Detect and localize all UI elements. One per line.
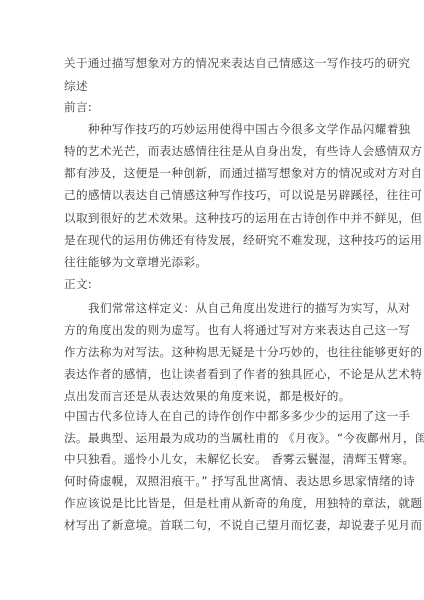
body-para2-line: 何时倚虚幌，双照泪痕干。” 抒写乱世离情、表达思乡思家情绪的诗	[64, 474, 360, 488]
document-title-line-2: 综述	[64, 79, 360, 93]
preface-line: 己的感情以表达自己情感这种写作技巧，可以说是另辟蹊径，往往可	[64, 188, 360, 202]
preface-heading: 前言:	[64, 100, 360, 114]
body-para2-line: 法。最典型、运用最为成功的当属杜甫的 《月夜》。“今夜鄜州月，闺	[64, 431, 360, 445]
document-page: 关于通过描写想象对方的情况来表达自己情感这一写作技巧的研究 综述 前言: 种种写…	[0, 0, 424, 600]
body-para1-line: 点出发而言还是从表达效果的角度来说，都是极好的。	[64, 389, 360, 403]
body-para1-line: 作方法称为对写法。这种构思无疑是十分巧妙的，也往往能够更好的	[64, 345, 360, 359]
preface-line: 种种写作技巧的巧妙运用使得中国古今很多文学作品闪耀着独	[88, 122, 360, 136]
body-para2-line: 中只独看。遥怜小儿女，未解忆长安。 香雾云鬟湿，清辉玉臂寒。	[64, 452, 360, 466]
body-para1-line: 表达作者的感情，也让读者看到了作者的独具匠心，不论是从艺术特	[64, 367, 360, 381]
preface-line: 是在现代的运用仿佛还有待发展，经研究不难发现，这种技巧的运用	[64, 233, 360, 247]
preface-line: 都有涉及，这便是一种创新，而通过描写想象对方的情况或对方对自	[64, 166, 360, 180]
body-heading: 正文:	[64, 277, 360, 291]
body-para2-line: 作应该说是比比皆是，但是杜甫从新奇的角度，用独特的章法，就题	[64, 496, 360, 510]
body-para2-line: 中国古代多位诗人在自己的诗作创作中都多多少少的运用了这一手	[64, 409, 360, 423]
body-para1-line: 我们常常这样定义：从自己角度出发进行的描写为实写，从对	[88, 301, 360, 315]
document-title-line-1: 关于通过描写想象对方的情况来表达自己情感这一写作技巧的研究	[64, 56, 360, 70]
preface-line: 特的艺术光芒，而表达感情往往是从自身出发，有些诗人会感情双方	[64, 144, 360, 158]
preface-line: 往往能够为文章增光添彩。	[64, 255, 360, 269]
body-para1-line: 方的角度出发的则为虚写。也有人将通过写对方来表达自己这一写	[64, 323, 360, 337]
body-para2-line: 材写出了新意境。首联二句，不说自己望月而忆妻，却说妻子见月而	[64, 518, 360, 532]
preface-line: 以取到很好的艺术效果。这种技巧的运用在古诗创作中并不鲜见，但	[64, 211, 360, 225]
